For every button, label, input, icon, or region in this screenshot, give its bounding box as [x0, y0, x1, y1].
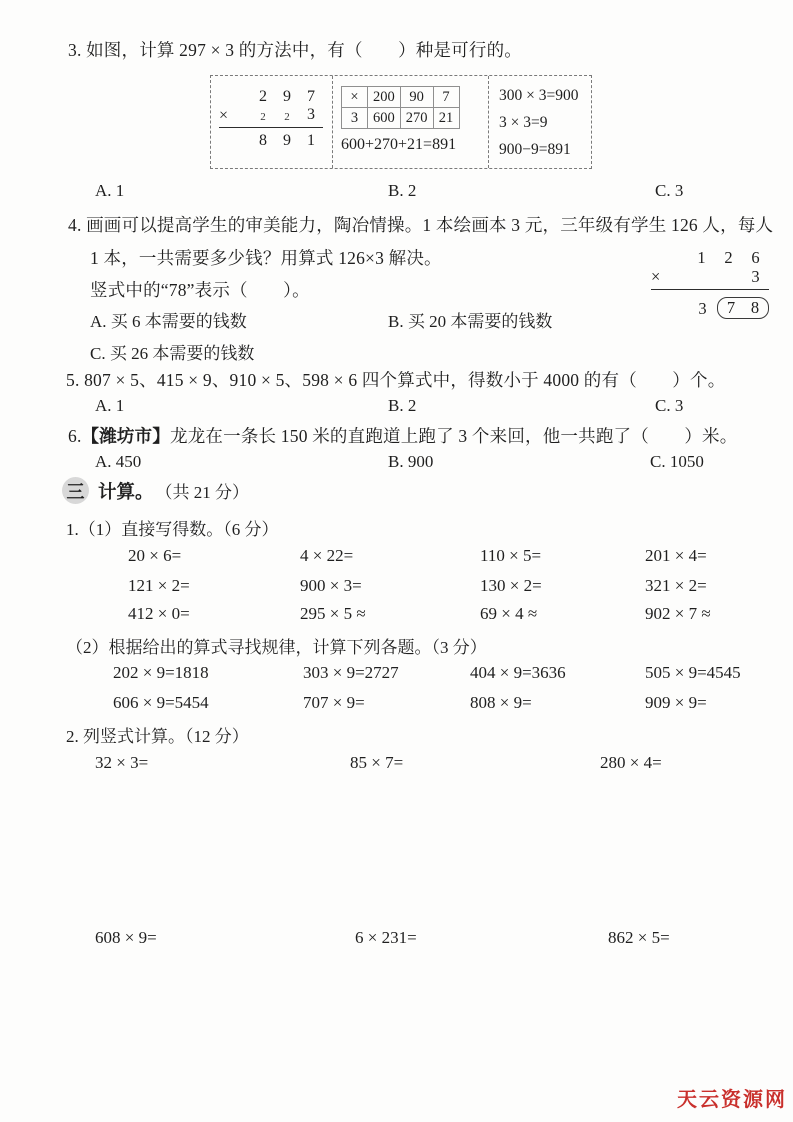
q3-option-c: C. 3 — [655, 181, 683, 201]
q3-grid-sum: 600+270+21=891 — [341, 136, 482, 154]
q5-option-b: B. 2 — [388, 396, 416, 416]
part3-row2: 608 × 9= 6 × 231= 862 × 5= — [95, 928, 670, 948]
q3-method-vertical: 2 9 7 × 2 2 3 8 9 1 — [211, 76, 333, 168]
q5-option-a: A. 1 — [95, 396, 124, 416]
part2-row2: 606 × 9=5454 707 × 9= 808 × 9= 909 × 9= — [113, 693, 707, 713]
section3-title: 计算。 — [98, 478, 154, 504]
part1-row3: 412 × 0= 295 × 5 ≈ 69 × 4 ≈ 902 × 7 ≈ — [128, 604, 711, 624]
part2-heading: （2）根据给出的算式寻找规律，计算下列各题。（3 分） — [66, 633, 487, 658]
q6-option-c: C. 1050 — [650, 452, 704, 472]
part2-row1: 202 × 9=1818 303 × 9=2727 404 × 9=3636 5… — [113, 663, 741, 683]
q4-option-a: A. 买 6 本需要的钱数 — [90, 307, 247, 332]
q4-stem-line3: 竖式中的“78”表示（ ）。 — [90, 277, 310, 302]
q3-method-rounding: 300 × 3=900 3 × 3=9 900−9=891 — [489, 76, 591, 168]
q6-number: 6. — [68, 426, 82, 446]
q3-method-box: 2 9 7 × 2 2 3 8 9 1 — [210, 75, 592, 169]
q4-vertical-multiplication: 1 2 6 × 3 3 7 8 — [651, 246, 769, 319]
q3-vm-top-row: 2 9 7 — [219, 86, 323, 107]
worksheet-page: 3. 如图，计算 297 × 3 的方法中，有（ ）种是可行的。 2 9 7 ×… — [0, 0, 793, 1122]
q3-vm-result-row: 8 9 1 — [219, 130, 323, 151]
q4-highlighted-78-box: 7 8 — [717, 297, 769, 319]
q4-vm-result-row: 3 7 8 — [651, 293, 769, 319]
multiply-sign: × — [219, 107, 237, 125]
section3-marker: 三 — [62, 477, 89, 504]
q6-option-a: A. 450 — [95, 452, 141, 472]
q3-option-a: A. 1 — [95, 181, 124, 201]
q3-vm-multiplier-row: × 2 2 3 — [219, 107, 323, 128]
q3-stem: 3. 如图，计算 297 × 3 的方法中，有（ ）种是可行的。 — [68, 37, 522, 62]
q6-option-b: B. 900 — [388, 452, 433, 472]
q6-stem: 6.【潍坊市】龙龙在一条长 150 米的直跑道上跑了 3 个来回，他一共跑了（ … — [68, 423, 737, 448]
part1-heading: 1.（1）直接写得数。（6 分） — [66, 515, 279, 540]
q3-option-b: B. 2 — [388, 181, 416, 201]
q3-grid-table: × 200 90 7 3 600 270 21 — [341, 86, 460, 129]
q5-stem: 5. 807 × 5、415 × 9、910 × 5、598 × 6 四个算式中… — [66, 367, 725, 392]
q3-method-grid: × 200 90 7 3 600 270 21 600+270+21=891 — [333, 76, 489, 168]
part3-heading: 2. 列竖式计算。（12 分） — [66, 722, 249, 747]
q5-option-c: C. 3 — [655, 396, 683, 416]
q6-city-tag: 【潍坊市】 — [82, 426, 171, 446]
watermark: 天云资源网 — [677, 1083, 787, 1112]
multiply-sign: × — [651, 267, 669, 287]
part1-row2: 121 × 2= 900 × 3= 130 × 2= 321 × 2= — [128, 576, 707, 596]
part3-row1: 32 × 3= 85 × 7= 280 × 4= — [95, 753, 662, 773]
section3-header: 三 计算。 （共 21 分） — [62, 477, 249, 504]
q4-option-c: C. 买 26 本需要的钱数 — [90, 339, 254, 364]
carry-digit: 2 — [251, 110, 275, 124]
carry-digit: 2 — [275, 110, 299, 124]
q4-vm-top-row: 1 2 6 — [651, 246, 769, 268]
q4-vm-multiplier-row: × 3 — [651, 268, 769, 290]
q4-stem-line1: 4. 画画可以提高学生的审美能力，陶冶情操。1 本绘画本 3 元，三年级有学生 … — [68, 212, 773, 237]
q4-option-b: B. 买 20 本需要的钱数 — [388, 307, 552, 332]
section3-score: （共 21 分） — [156, 478, 250, 503]
q4-stem-line2: 1 本，一共需要多少钱？用算式 126×3 解决。 — [90, 245, 442, 270]
part1-row1: 20 × 6= 4 × 22= 110 × 5= 201 × 4= — [128, 546, 707, 566]
q6-stem-text: 龙龙在一条长 150 米的直跑道上跑了 3 个来回，他一共跑了（ ）米。 — [170, 426, 737, 446]
